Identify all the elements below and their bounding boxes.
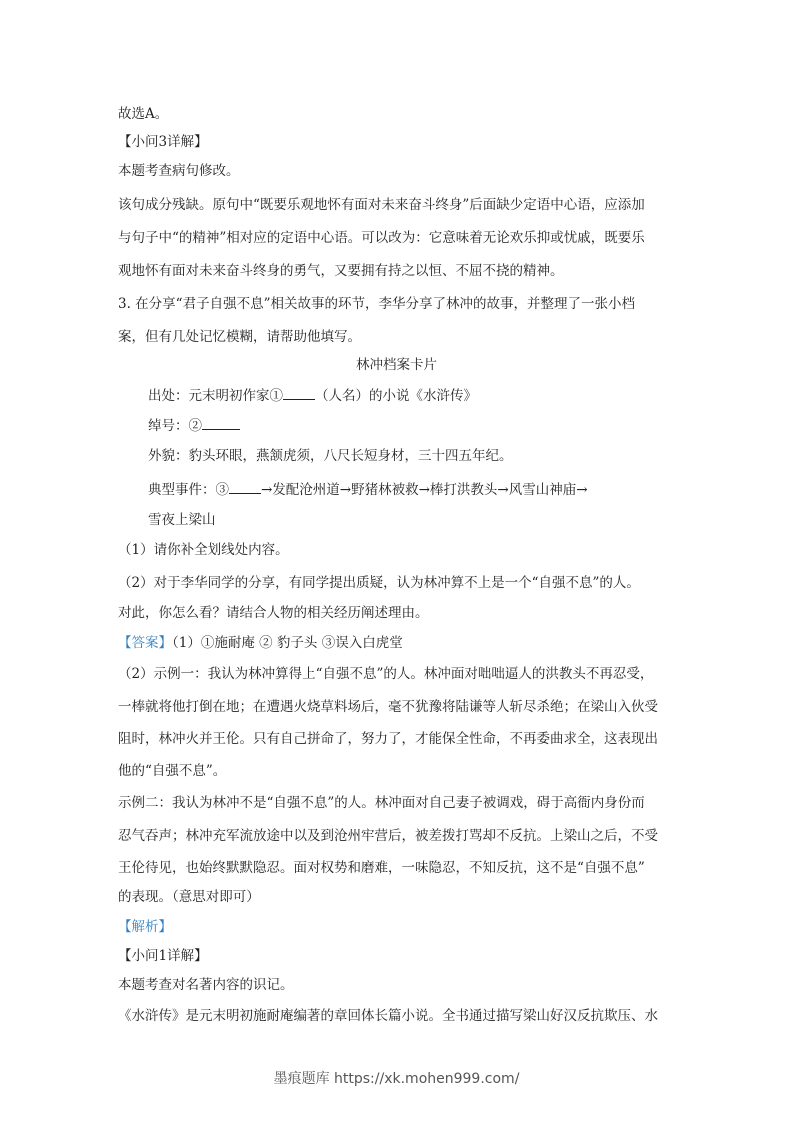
answer-text: 的表现。（意思对即可）	[118, 887, 260, 907]
answer-text: 示例二：我认为林冲不是“自强不息”的人。林冲面对自己妻子被调戏，碍于高衙内身份而	[118, 793, 645, 813]
answer-text: （2）示例一：我认为林冲算得上“自强不息”的人。林冲面对咄咄逼人的洪教头不再忍受…	[118, 664, 653, 684]
blank-2	[202, 415, 240, 430]
text-line: 本题考查对名著内容的识记。	[118, 975, 294, 995]
text-line: 该句成分残缺。原句中“既要乐观地怀有面对未来奋斗终身”后面缺少定语中心语，应添加	[118, 195, 645, 215]
answer-text: 王伦待见，也始终默默隐忍。面对权势和磨难，一味隐忍，不知反抗，这不是“自强不息”	[118, 858, 645, 878]
card-appearance: 外貌：豹头环眼，燕颔虎须，八尺长短身材，三十四五年纪。	[148, 446, 513, 466]
card-events-cont: 雪夜上梁山	[148, 510, 216, 530]
sub-question-2-cont: 对此，你怎么看？请结合人物的相关经历阐述理由。	[118, 603, 429, 623]
answer-text: 阻时，林冲火并王伦。只有自己拼命了，努力了，才能保全性命，不再委曲求全，这表现出	[118, 729, 658, 749]
analysis-label: 【解析】	[118, 917, 172, 937]
sub-question-1: （1）请你补全划线处内容。	[118, 540, 289, 560]
card-source-label: 出处：元末明初作家①	[148, 388, 283, 404]
card-nickname-label: 绰号：②	[148, 418, 202, 434]
answer-1: （1）①施耐庵 ② 豹子头 ③误入白虎堂	[172, 635, 403, 651]
sub-question-2: （2）对于李华同学的分享，有同学提出质疑，认为林冲算不上是一个“自强不息”的人。	[118, 573, 640, 593]
card-nickname: 绰号：②	[148, 415, 240, 436]
text-line: 《水浒传》是元末明初施耐庵编著的章回体长篇小说。全书通过描写梁山好汉反抗欺压、水	[118, 1006, 658, 1026]
question-stem: 案，但有几处记忆模糊，请帮助他填写。	[118, 327, 361, 347]
text-line: 观地怀有面对未来奋斗终身的勇气，又要拥有持之以恒、不屈不挠的精神。	[118, 261, 564, 281]
blank-3	[229, 479, 261, 494]
card-source-rest: （人名）的小说《水浒传》	[315, 388, 477, 404]
answer-line: 【答案】（1）①施耐庵 ② 豹子头 ③误入白虎堂	[118, 633, 403, 653]
blank-1	[283, 385, 315, 400]
footer-watermark: 墨痕题库 https://xk.mohen999.com/	[0, 1068, 793, 1088]
text-line: 本题考查病句修改。	[118, 161, 240, 181]
section-heading: 【小问3详解】	[118, 132, 208, 152]
section-heading: 【小问1详解】	[118, 946, 208, 966]
card-events: 典型事件：③→发配沧州道→野猪林被救→棒打洪教头→风雪山神庙→	[148, 479, 588, 500]
card-events-rest: →发配沧州道→野猪林被救→棒打洪教头→风雪山神庙→	[261, 482, 588, 498]
text-line: 与句子中“的精神”相对应的定语中心语。可以改为：它意味着无论欢乐抑或忧戚，既要乐	[118, 228, 645, 248]
answer-text: 一棒就将他打倒在地；在遭遇火烧草料场后，毫不犹豫将陆谦等人斩尽杀绝；在梁山入伙受	[118, 697, 658, 717]
card-title: 林冲档案卡片	[0, 355, 793, 375]
answer-text: 忍气吞声；林冲充军流放途中以及到沧州牢营后，被差拨打骂却不反抗。上梁山之后，不受	[118, 826, 658, 846]
answer-text: 他的“自强不息”。	[118, 761, 226, 781]
card-events-label: 典型事件：③	[148, 482, 229, 498]
card-source: 出处：元末明初作家①（人名）的小说《水浒传》	[148, 385, 477, 406]
text-line: 故选A。	[118, 104, 168, 124]
answer-label: 【答案】	[118, 635, 172, 651]
question-stem: 3. 在分享“君子自强不息”相关故事的环节，李华分享了林冲的故事，并整理了一张小…	[118, 294, 635, 314]
